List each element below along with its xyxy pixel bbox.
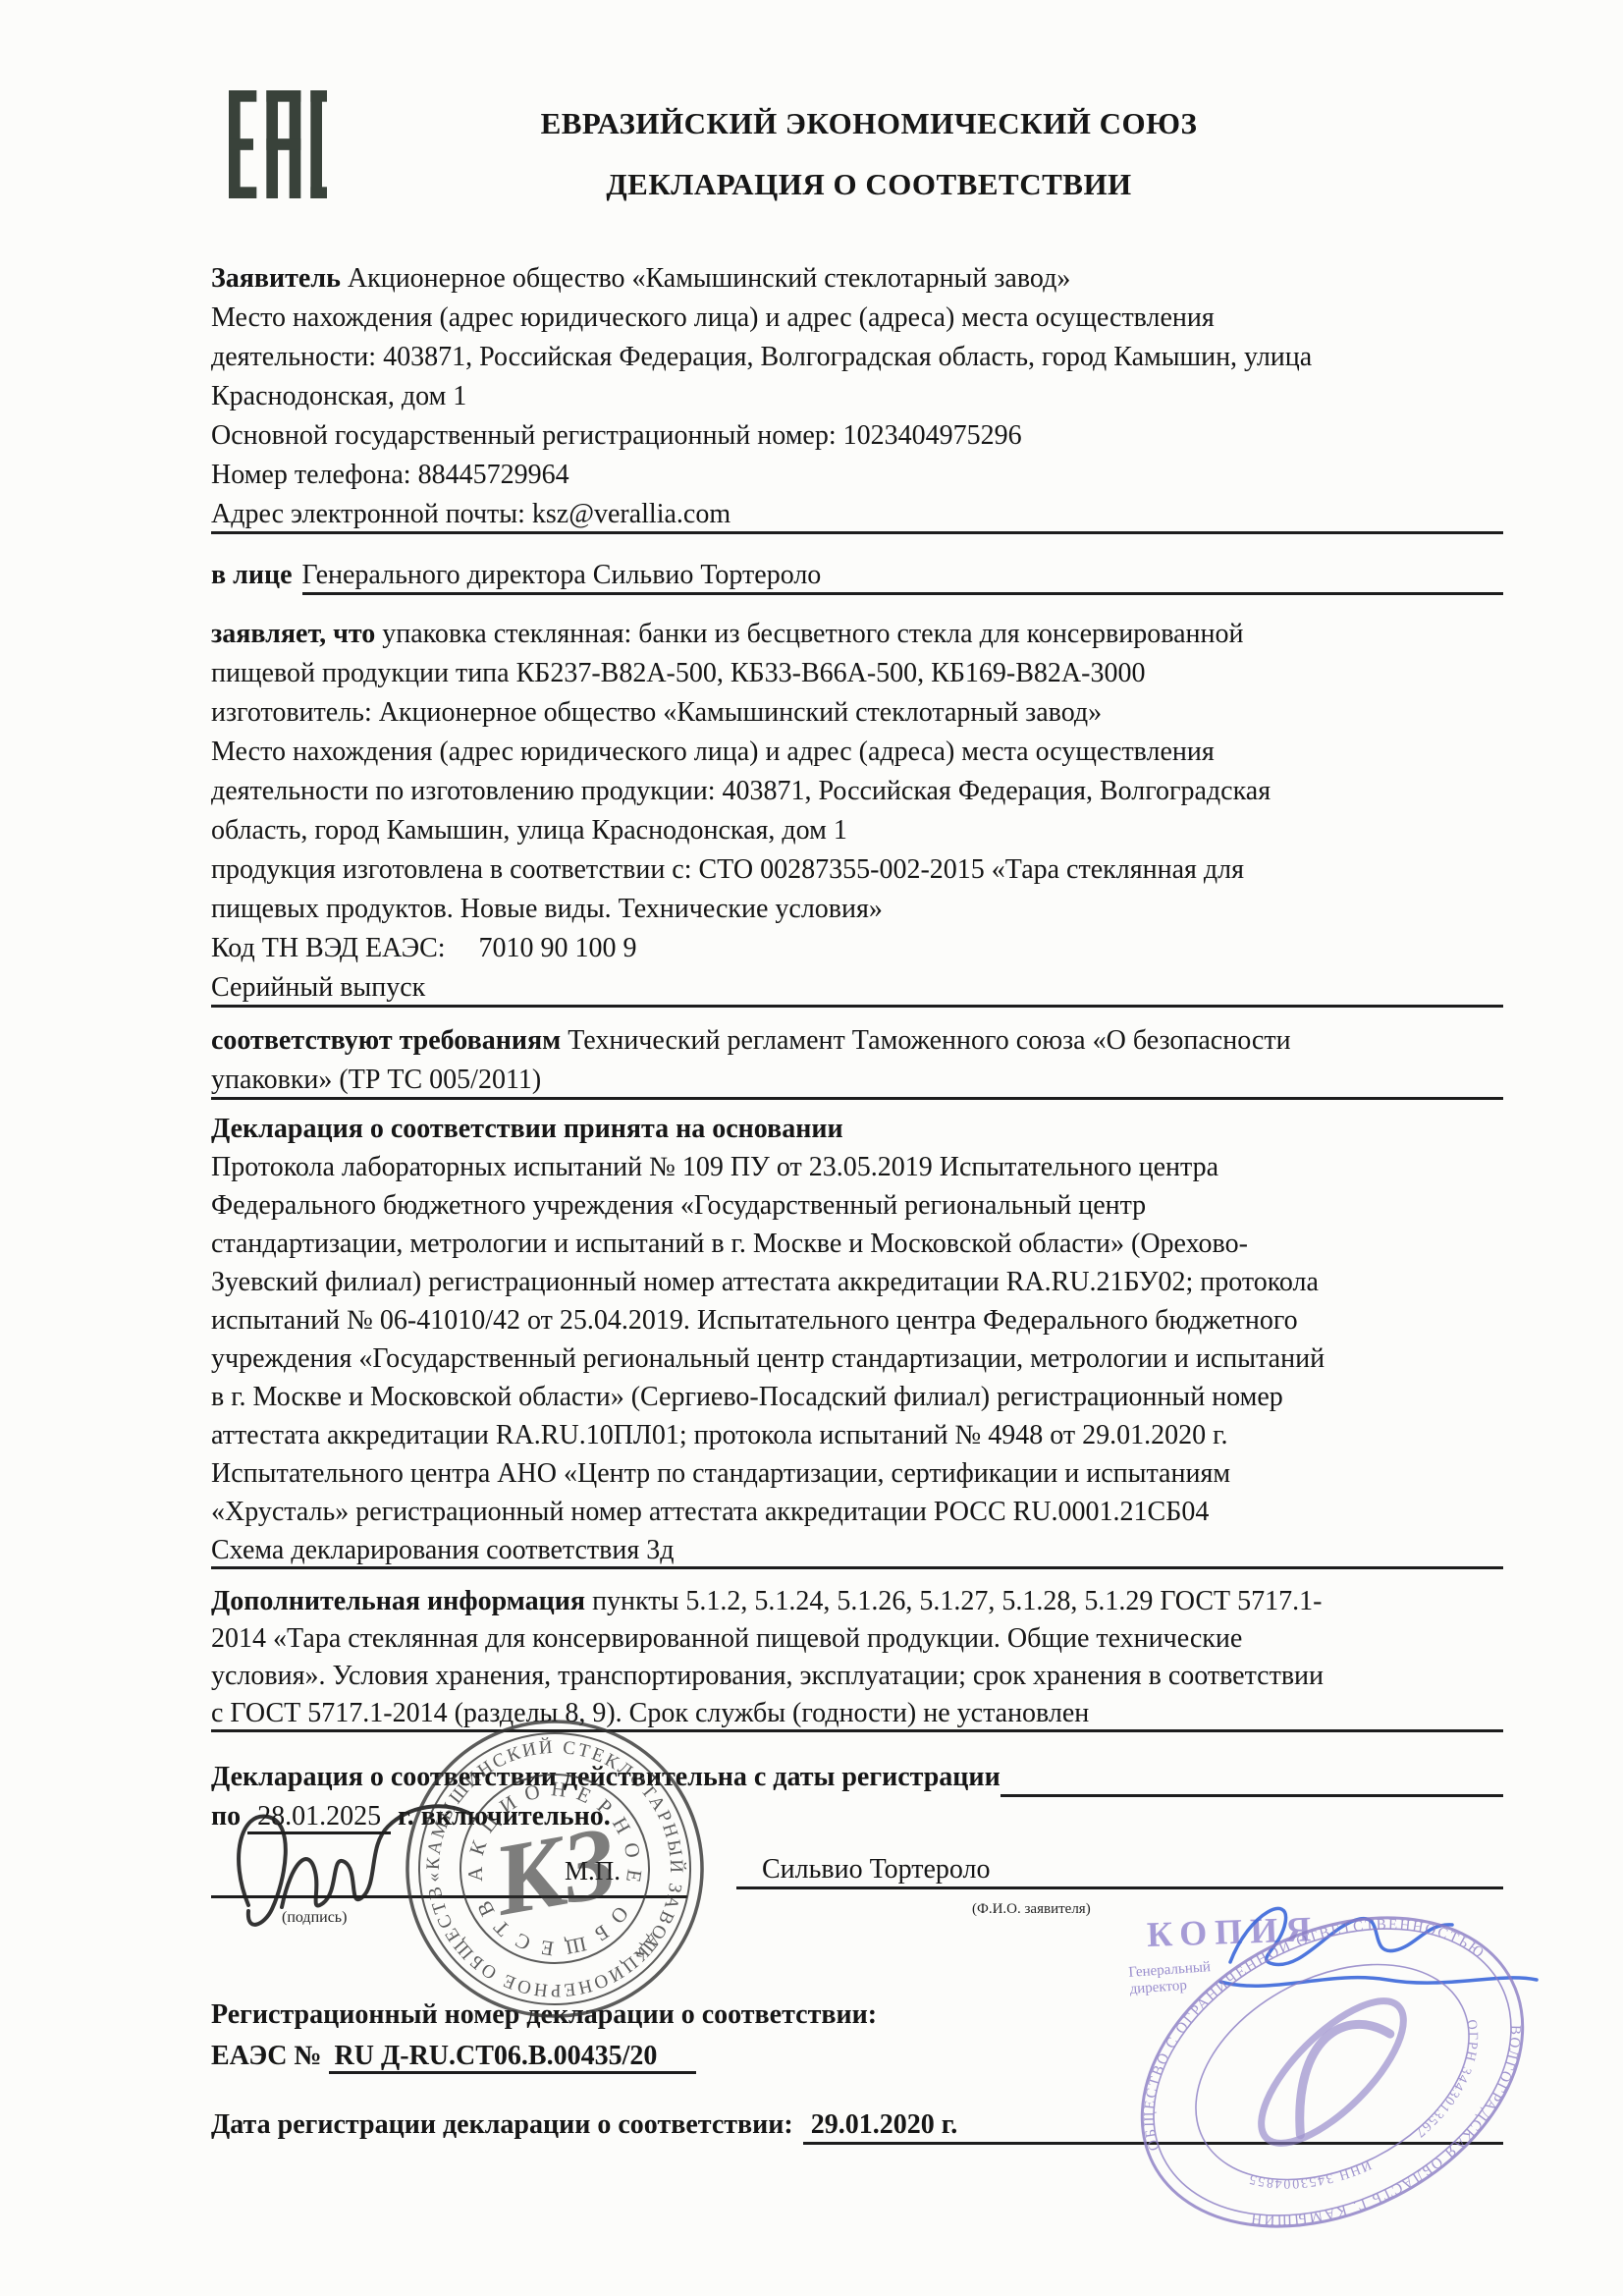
manufacturer-address-line: Место нахождения (адрес юридического лиц… <box>211 733 1503 772</box>
reg-number-prefix: ЕАЭС № <box>211 2041 322 2071</box>
declares-section: заявляет, что упаковка стеклянная: банки… <box>211 615 1503 1008</box>
applicant-email-line: Адрес электронной почты: ksz@verallia.co… <box>211 495 1503 534</box>
manufacturer-address-line: область, город Камышин, улица Краснодонс… <box>211 811 1503 850</box>
basis-line: аттестата аккредитации RA.RU.10ПЛ01; про… <box>211 1416 1503 1454</box>
reg-number-value: RU Д-RU.СТ06.В.00435/20 <box>329 2041 697 2074</box>
complies-first-line: соответствуют требованиям Технический ре… <box>211 1021 1503 1061</box>
in-person-value: Генерального директора Сильвио Тортероло <box>302 556 822 595</box>
declares-label: заявляет, что <box>211 619 375 649</box>
document-header: ЕВРАЗИЙСКИЙ ЭКОНОМИЧЕСКИЙ СОЮЗ ДЕКЛАРАЦИ… <box>324 106 1414 202</box>
applicant-email: Адрес электронной почты: ksz@verallia.co… <box>211 495 730 534</box>
tnved-code: 7010 90 100 9 <box>479 933 637 963</box>
in-person-line: в лицеГенерального директора Сильвио Тор… <box>211 556 1503 595</box>
stamp-inner-text: АКЦИОНЕРНОЕ ОБЩЕСТВО <box>393 1707 661 1990</box>
validity-date: 28.01.2025 <box>247 1801 391 1834</box>
standard-line: продукция изготовлена в соответствии с: … <box>211 850 1503 890</box>
applicant-address-line: Место нахождения (адрес юридического лиц… <box>211 299 1503 338</box>
additional-last-line: с ГОСТ 5717.1-2014 (разделы 8, 9). Срок … <box>211 1695 1503 1732</box>
basis-line: «Хрусталь» регистрационный номер аттеста… <box>211 1493 1503 1531</box>
in-person-section: в лицеГенерального директора Сильвио Тор… <box>211 556 1503 595</box>
basis-heading: Декларация о соответствии принята на осн… <box>211 1110 1503 1148</box>
additional-info-section: Дополнительная информация пункты 5.1.2, … <box>211 1583 1503 1732</box>
basis-line: Федерального бюджетного учреждения «Госу… <box>211 1186 1503 1225</box>
scheme-line: Схема декларирования соответствия 3д <box>211 1531 1503 1569</box>
basis-line: стандартизации, метрологии и испытаний в… <box>211 1225 1503 1263</box>
basis-line: в г. Москве и Московской области» (Серги… <box>211 1378 1503 1416</box>
serial-line: Серийный выпуск <box>211 968 1503 1008</box>
complies-label: соответствуют требованиям <box>211 1025 561 1056</box>
basis-section: Декларация о соответствии принята на осн… <box>211 1110 1503 1569</box>
standard-line: пищевых продуктов. Новые виды. Техническ… <box>211 890 1503 929</box>
manufacturer-line: изготовитель: Акционерное общество «Камы… <box>211 693 1503 733</box>
manufacturer-address-line: деятельности по изготовлению продукции: … <box>211 772 1503 811</box>
reg-number-line: ЕАЭС № RU Д-RU.СТ06.В.00435/20 <box>211 2037 1503 2076</box>
reg-date-label: Дата регистрации декларации о соответств… <box>211 2105 793 2145</box>
fio-caption: (Ф.И.О. заявителя) <box>972 1901 1091 1918</box>
applicant-name: Акционерное общество «Камышинский стекло… <box>348 263 1070 294</box>
basis-line: учреждения «Государственный региональный… <box>211 1339 1503 1378</box>
seal-place-label: М.П. <box>565 1856 621 1886</box>
signature-caption: (подпись) <box>282 1909 347 1927</box>
applicant-phone-line: Номер телефона: 88445729964 <box>211 456 1503 495</box>
declaration-document: ЕВРАЗИЙСКИЙ ЭКОНОМИЧЕСКИЙ СОЮЗ ДЕКЛАРАЦИ… <box>0 0 1623 2296</box>
svg-text:АКЦИОНЕРНОЕ ОБЩЕСТВО: АКЦИОНЕРНОЕ ОБЩЕСТВО <box>393 1707 661 1990</box>
complies-section: соответствуют требованиям Технический ре… <box>211 1021 1503 1100</box>
product-types-line: пищевой продукции типа КБ237-В82А-500, К… <box>211 654 1503 693</box>
basis-line: испытаний № 06-41010/42 от 25.04.2019. И… <box>211 1301 1503 1339</box>
applicant-address-line: Краснодонская, дом 1 <box>211 377 1503 416</box>
signer-role: Генеральный директор <box>1128 1959 1213 1998</box>
declares-first-line: заявляет, что упаковка стеклянная: банки… <box>211 615 1503 654</box>
basis-line: Протокола лабораторных испытаний № 109 П… <box>211 1148 1503 1186</box>
validity-line1: Декларация о соответствии действительна … <box>211 1758 1503 1797</box>
eac-logo <box>229 82 327 206</box>
tnved-line: Код ТН ВЭД ЕАЭС:7010 90 100 9 <box>211 929 1503 968</box>
complies-last-line: упаковки» (ТР ТС 005/2011) <box>211 1061 1503 1100</box>
fio-row: Сильвио Тортероло <box>736 1850 1503 1889</box>
additional-line: 2014 «Тара стеклянная для консервированн… <box>211 1620 1503 1658</box>
copy-mark: КОПИЯ <box>1146 1908 1320 1955</box>
reg-date-line: Дата регистрации декларации о соответств… <box>211 2105 1503 2145</box>
reg-number-heading: Регистрационный номер декларации о соотв… <box>211 1995 1503 2035</box>
union-title: ЕВРАЗИЙСКИЙ ЭКОНОМИЧЕСКИЙ СОЮЗ <box>324 106 1414 141</box>
additional-first-line: Дополнительная информация пункты 5.1.2, … <box>211 1583 1503 1620</box>
doc-title: ДЕКЛАРАЦИЯ О СООТВЕТСТВИИ <box>324 167 1414 202</box>
registration-number-section: Регистрационный номер декларации о соотв… <box>211 1995 1503 2076</box>
validity-line2: по 28.01.2025 г. включительно. <box>211 1797 1503 1836</box>
validity-section: Декларация о соответствии действительна … <box>211 1758 1503 1836</box>
applicant-ogrn-line: Основной государственный регистрационный… <box>211 416 1503 456</box>
basis-line: Испытательного центра АНО «Центр по стан… <box>211 1454 1503 1493</box>
additional-label: Дополнительная информация <box>211 1586 585 1616</box>
fio-value: Сильвио Тортероло <box>736 1850 1016 1889</box>
applicant-label: Заявитель <box>211 263 341 294</box>
reg-date-value: 29.01.2020 г. <box>803 2105 966 2145</box>
applicant-address-line: деятельности: 403871, Российская Федерац… <box>211 338 1503 377</box>
in-person-label: в лице <box>211 556 293 595</box>
applicant-name-line: Заявитель Акционерное общество «Камышинс… <box>211 259 1503 299</box>
additional-line: условия». Условия хранения, транспортиро… <box>211 1658 1503 1695</box>
registration-date-section: Дата регистрации декларации о соответств… <box>211 2105 1503 2145</box>
applicant-section: Заявитель Акционерное общество «Камышинс… <box>211 259 1503 534</box>
basis-line: Зуевский филиал) регистрационный номер а… <box>211 1263 1503 1301</box>
tnved-label: Код ТН ВЭД ЕАЭС: <box>211 933 446 963</box>
